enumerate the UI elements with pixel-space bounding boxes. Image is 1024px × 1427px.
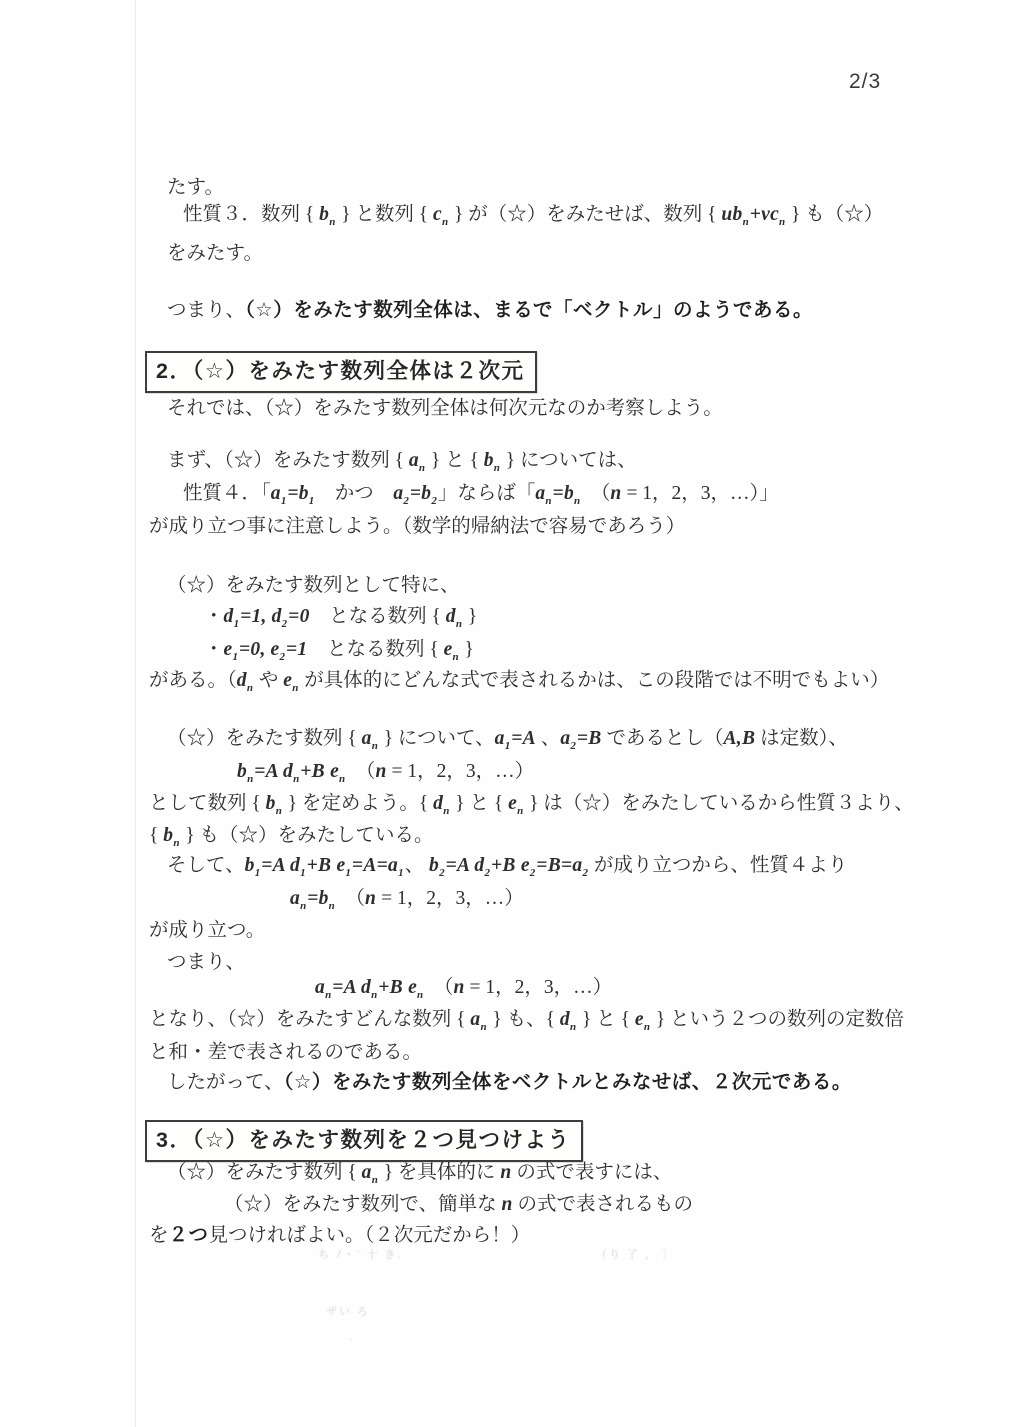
- text-run: つまり、: [167, 952, 245, 973]
- math-subscript: n: [517, 805, 523, 817]
- math-symbol: n: [375, 761, 386, 782]
- text-run: となり、（☆）をみたすどんな数列 {: [149, 1009, 470, 1030]
- section-heading-3: 3．（☆）をみたす数列を２つ見つけよう: [145, 1120, 583, 1162]
- text-run: 、: [405, 855, 429, 876]
- text-run: と和・差で表されるのである。: [149, 1042, 422, 1063]
- math-subscript: 1: [232, 651, 238, 663]
- math-symbol: d: [560, 1009, 570, 1030]
- math-subscript: 1: [234, 618, 240, 630]
- body-line-soshite: そして、b1=A d1+B e1=A=a1、 b2=A d2+B e2=B=a2…: [167, 853, 847, 881]
- body-line-mazu: まず、（☆）をみたす数列 { an } と { bn } については、: [167, 448, 637, 476]
- text-run: = 1，2，3，…）: [465, 977, 613, 998]
- math-symbol: a: [470, 1009, 480, 1030]
- math-symbol: d: [446, 606, 456, 627]
- math-subscript: n: [329, 900, 335, 912]
- math-subscript: 1: [309, 495, 315, 507]
- math-subscript: 1: [398, 867, 404, 879]
- text-run: } は（☆）をみたしているから性質３より、: [524, 793, 914, 814]
- text-run: （: [346, 761, 375, 782]
- emphasis-line-vector: つまり、（☆）をみたす数列全体は、まるで「ベクトル」のようである。: [167, 297, 813, 324]
- body-line-toshite: として数列 { bn } を定めよう。{ dn } と { en } は（☆）を…: [149, 791, 914, 819]
- text-run: } も（☆）: [786, 204, 883, 225]
- text-run: （: [424, 977, 453, 998]
- math-symbol: A,B: [724, 728, 756, 749]
- text-run: かつ: [315, 483, 393, 504]
- text-run: ・: [204, 606, 224, 627]
- text-run: } を定めよう。{: [283, 793, 433, 814]
- text-run: }: [460, 639, 474, 660]
- math-symbol: =B: [577, 728, 602, 749]
- math-subscript: 1: [300, 867, 306, 879]
- page-number: 2/3: [849, 70, 881, 94]
- math-symbol: =b: [410, 483, 431, 504]
- text-run: まず、（☆）をみたす数列 {: [167, 450, 409, 471]
- text-run: } を具体的に: [379, 1162, 501, 1183]
- math-symbol: =1,: [240, 606, 267, 627]
- math-symbol: +B e: [300, 761, 339, 782]
- text-run: が成り立つ事に注意しよう。（数学的帰納法で容易であろう）: [149, 516, 685, 537]
- math-symbol: d: [433, 793, 443, 814]
- math-symbol: a: [535, 483, 545, 504]
- math-symbol: +B e: [491, 855, 530, 876]
- math-symbol: n: [610, 483, 621, 504]
- math-symbol: a: [495, 728, 505, 749]
- math-subscript: 2: [582, 867, 588, 879]
- math-symbol: =A=a: [352, 855, 398, 876]
- text-run: （☆）をみたす数列 {: [167, 1162, 362, 1183]
- body-line-bn-mitasu: { bn } も（☆）をみたしている。: [149, 823, 434, 851]
- math-subscript: n: [247, 773, 253, 785]
- math-symbol: d: [272, 606, 282, 627]
- math-subscript: n: [570, 1021, 576, 1033]
- text-run: は定数）、: [755, 728, 848, 749]
- math-subscript: n: [372, 1174, 378, 1186]
- formula-line-bn-def: bn=A dn+B en （n = 1，2，3，…）: [237, 759, 534, 787]
- text-run: } も、{: [488, 1009, 560, 1030]
- text-run: そして、: [167, 855, 245, 876]
- math-subscript: n: [743, 216, 749, 228]
- text-run: } も（☆）をみたしている。: [180, 825, 433, 846]
- math-symbol: b: [429, 855, 439, 876]
- section-heading-2: 2．（☆）をみたす数列全体は２次元: [145, 351, 537, 393]
- math-symbol: =A: [511, 728, 536, 749]
- text-run: 」ならば「: [438, 483, 536, 504]
- text-run: = 1，2，3，…）: [376, 888, 524, 909]
- body-line-wasa: と和・差で表されるのである。: [149, 1040, 422, 1066]
- text-run: 3．（☆）をみたす数列を２つ見つけよう: [156, 1128, 570, 1152]
- math-subscript: 2: [570, 740, 576, 752]
- body-line-naritatsu: が成り立つ。: [149, 918, 265, 944]
- formula-line-an-bn: an=bn （n = 1，2，3，…）: [290, 886, 524, 914]
- body-line-tonari: となり、（☆）をみたすどんな数列 { an } も、{ dn } と { en …: [149, 1007, 904, 1035]
- math-symbol: =A d: [254, 761, 293, 782]
- math-subscript: n: [325, 989, 331, 1001]
- text-run: たす。: [167, 177, 224, 198]
- math-subscript: n: [292, 682, 298, 694]
- body-line-property4: 性質４．「a1=b1 かつ a2=b2」ならば「an=bn （n = 1，2，3…: [183, 481, 779, 509]
- math-symbol: a: [315, 977, 325, 998]
- body-line-naritatsu-note: が成り立つ事に注意しよう。（数学的帰納法で容易であろう）: [149, 514, 685, 540]
- math-subscript: n: [300, 900, 306, 912]
- math-subscript: n: [247, 682, 253, 694]
- text-run: それでは、（☆）をみたす数列全体は何次元なのか考察しよう。: [167, 398, 723, 419]
- math-subscript: 1: [345, 867, 351, 879]
- text-run: 性質３．数列 {: [183, 204, 319, 225]
- text-run: } と {: [426, 450, 484, 471]
- math-subscript: n: [419, 462, 425, 474]
- math-subscript: n: [494, 462, 500, 474]
- text-run: 、: [536, 728, 560, 749]
- math-symbol: b: [163, 825, 173, 846]
- bold-text: （☆）をみたす数列全体をベクトルとみなせば、２次元である。: [284, 1071, 852, 1093]
- body-line-ab-constants: （☆）をみたす数列 { an } について、a1=A 、a2=B であるとし（A…: [167, 726, 848, 754]
- text-run: 見つければよい。（２次元だから！）: [209, 1225, 531, 1246]
- math-subscript: n: [779, 216, 785, 228]
- math-symbol: a: [560, 728, 570, 749]
- math-symbol: a: [362, 1162, 372, 1183]
- text-run: として数列 {: [149, 793, 266, 814]
- math-subscript: n: [329, 216, 335, 228]
- text-run: }: [463, 606, 477, 627]
- bullet-line-dn: ・d1=1, d2=0 となる数列 { dn }: [204, 604, 477, 632]
- text-run: （☆）をみたす数列 {: [167, 728, 362, 749]
- math-symbol: =b: [553, 483, 574, 504]
- math-subscript: 2: [484, 867, 490, 879]
- body-line-gaaru: がある。（dn や en が具体的にどんな式で表されるかは、この段階では不明でも…: [149, 668, 889, 696]
- text-run: を: [149, 1225, 169, 1246]
- math-symbol: e: [635, 1009, 644, 1030]
- bold-text: （☆）をみたす数列全体は、まるで「ベクトル」のようである。: [245, 299, 813, 321]
- math-subscript: n: [173, 837, 179, 849]
- text-run: } と数列 {: [336, 204, 433, 225]
- math-subscript: n: [545, 495, 551, 507]
- text-run: や: [254, 670, 283, 691]
- math-symbol: =1: [286, 639, 307, 660]
- text-run: をみたす。: [167, 243, 263, 264]
- text-run: の式で表すには、: [511, 1162, 672, 1183]
- text-run: } と {: [450, 793, 508, 814]
- math-subscript: n: [644, 1021, 650, 1033]
- math-subscript: n: [372, 740, 378, 752]
- text-run: の式で表されるもの: [513, 1194, 693, 1215]
- text-run: } については、: [501, 450, 637, 471]
- bullet-line-en: ・e1=0, e2=1 となる数列 { en }: [204, 637, 474, 665]
- math-subscript: 2: [431, 495, 437, 507]
- text-run: } について、: [379, 728, 495, 749]
- body-line-kantan: （☆）をみたす数列で、簡単な n の式で表されるもの: [224, 1192, 693, 1218]
- text-run: （: [336, 888, 365, 909]
- math-subscript: n: [417, 989, 423, 1001]
- math-subscript: n: [456, 618, 462, 630]
- math-symbol: =A d: [446, 855, 485, 876]
- math-symbol: e: [283, 670, 292, 691]
- math-subscript: n: [276, 805, 282, 817]
- body-line-womitasu: をみたす。: [167, 241, 263, 267]
- text-run: であるとし（: [602, 728, 724, 749]
- math-subscript: n: [293, 773, 299, 785]
- math-symbol: a: [362, 728, 372, 749]
- math-subscript: 2: [439, 867, 445, 879]
- text-run: = 1，2，3，…）」: [622, 483, 779, 504]
- text-run: {: [149, 825, 163, 846]
- math-symbol: =b: [307, 888, 328, 909]
- math-symbol: n: [500, 1162, 511, 1183]
- math-subscript: 2: [530, 867, 536, 879]
- text-run: がある。（: [149, 670, 237, 691]
- math-symbol: b: [319, 204, 329, 225]
- body-line-soredewa: それでは、（☆）をみたす数列全体は何次元なのか考察しよう。: [167, 396, 723, 422]
- math-symbol: a: [393, 483, 403, 504]
- math-subscript: n: [574, 495, 580, 507]
- math-symbol: b: [484, 450, 494, 471]
- math-subscript: 1: [281, 495, 287, 507]
- text-run: } と {: [577, 1009, 635, 1030]
- math-subscript: 1: [255, 867, 261, 879]
- math-subscript: 2: [282, 618, 288, 630]
- math-symbol: b: [237, 761, 247, 782]
- math-subscript: 2: [279, 651, 285, 663]
- math-symbol: =B=a: [536, 855, 582, 876]
- math-symbol: =A d: [332, 977, 371, 998]
- math-subscript: 2: [403, 495, 409, 507]
- body-line-tsumari: つまり、: [167, 950, 245, 976]
- text-run: 2．（☆）をみたす数列全体は２次元: [156, 359, 524, 383]
- math-symbol: c: [433, 204, 442, 225]
- math-symbol: b: [245, 855, 255, 876]
- math-symbol: n: [365, 888, 376, 909]
- body-line-futatsu: を２つ見つければよい。（２次元だから！）: [149, 1222, 530, 1249]
- bold-text: ２つ: [169, 1224, 209, 1246]
- text-run: ・: [204, 639, 224, 660]
- math-symbol: =A d: [261, 855, 300, 876]
- text-run: が成り立つ。: [149, 920, 265, 941]
- math-symbol: a: [271, 483, 281, 504]
- math-symbol: =0,: [239, 639, 266, 660]
- math-symbol: a: [409, 450, 419, 471]
- text-run: となる数列 {: [307, 639, 443, 660]
- ghost-mark: `: [349, 1337, 355, 1349]
- math-subscript: 1: [505, 740, 511, 752]
- text-run: （: [581, 483, 610, 504]
- text-run: つまり、: [167, 300, 245, 321]
- ghost-mark: ザい ろ: [326, 1303, 370, 1319]
- text-run: } が（☆）をみたせば、数列 {: [449, 204, 721, 225]
- formula-line-an-def: an=A dn+B en （n = 1，2，3，…）: [315, 975, 612, 1003]
- ghost-mark: ち ﾉ・` 十 き.: [318, 1246, 402, 1262]
- math-symbol: e: [444, 639, 453, 660]
- math-symbol: =0: [288, 606, 309, 627]
- math-symbol: n: [502, 1194, 513, 1215]
- text-run: （☆）をみたす数列で、簡単な: [224, 1194, 502, 1215]
- body-line-gutaiteki: （☆）をみたす数列 { an } を具体的に n の式で表すには、: [167, 1160, 672, 1188]
- math-symbol: =b: [287, 483, 308, 504]
- math-subscript: n: [480, 1021, 486, 1033]
- text-run: } という２つの数列の定数倍: [651, 1009, 904, 1030]
- text-run: 性質４．「: [183, 483, 271, 504]
- math-symbol: ub: [721, 204, 742, 225]
- ghost-mark: （り 了 、 〕: [596, 1246, 675, 1262]
- math-subscript: n: [453, 651, 459, 663]
- text-run: が成り立つから、性質４より: [589, 855, 847, 876]
- math-symbol: d: [224, 606, 234, 627]
- text-run: = 1，2，3，…）: [387, 761, 535, 782]
- body-line-tokuni: （☆）をみたす数列として特に、: [167, 573, 460, 599]
- scanned-document-page: 2/3 たす。性質３．数列 { bn } と数列 { cn } が（☆）をみたせ…: [0, 0, 1024, 1427]
- text-run: となる数列 {: [310, 606, 446, 627]
- math-subscript: n: [442, 216, 448, 228]
- body-line-tasu: たす。: [167, 175, 224, 201]
- math-symbol: e: [508, 793, 517, 814]
- scan-page-edge-line: [135, 0, 136, 1427]
- math-symbol: +B e: [307, 855, 346, 876]
- text-run: （☆）をみたす数列として特に、: [167, 575, 460, 596]
- math-symbol: +B e: [378, 977, 417, 998]
- math-symbol: +vc: [750, 204, 779, 225]
- body-line-property3: 性質３．数列 { bn } と数列 { cn } が（☆）をみたせば、数列 { …: [183, 202, 883, 230]
- math-symbol: d: [237, 670, 247, 691]
- math-subscript: n: [443, 805, 449, 817]
- math-symbol: n: [453, 977, 464, 998]
- emphasis-line-2d: したがって、（☆）をみたす数列全体をベクトルとみなせば、２次元である。: [167, 1069, 852, 1096]
- text-run: したがって、: [167, 1072, 284, 1093]
- math-symbol: b: [266, 793, 276, 814]
- math-subscript: n: [339, 773, 345, 785]
- math-subscript: n: [371, 989, 377, 1001]
- math-symbol: a: [290, 888, 300, 909]
- text-run: が具体的にどんな式で表されるかは、この段階では不明でもよい）: [299, 670, 889, 691]
